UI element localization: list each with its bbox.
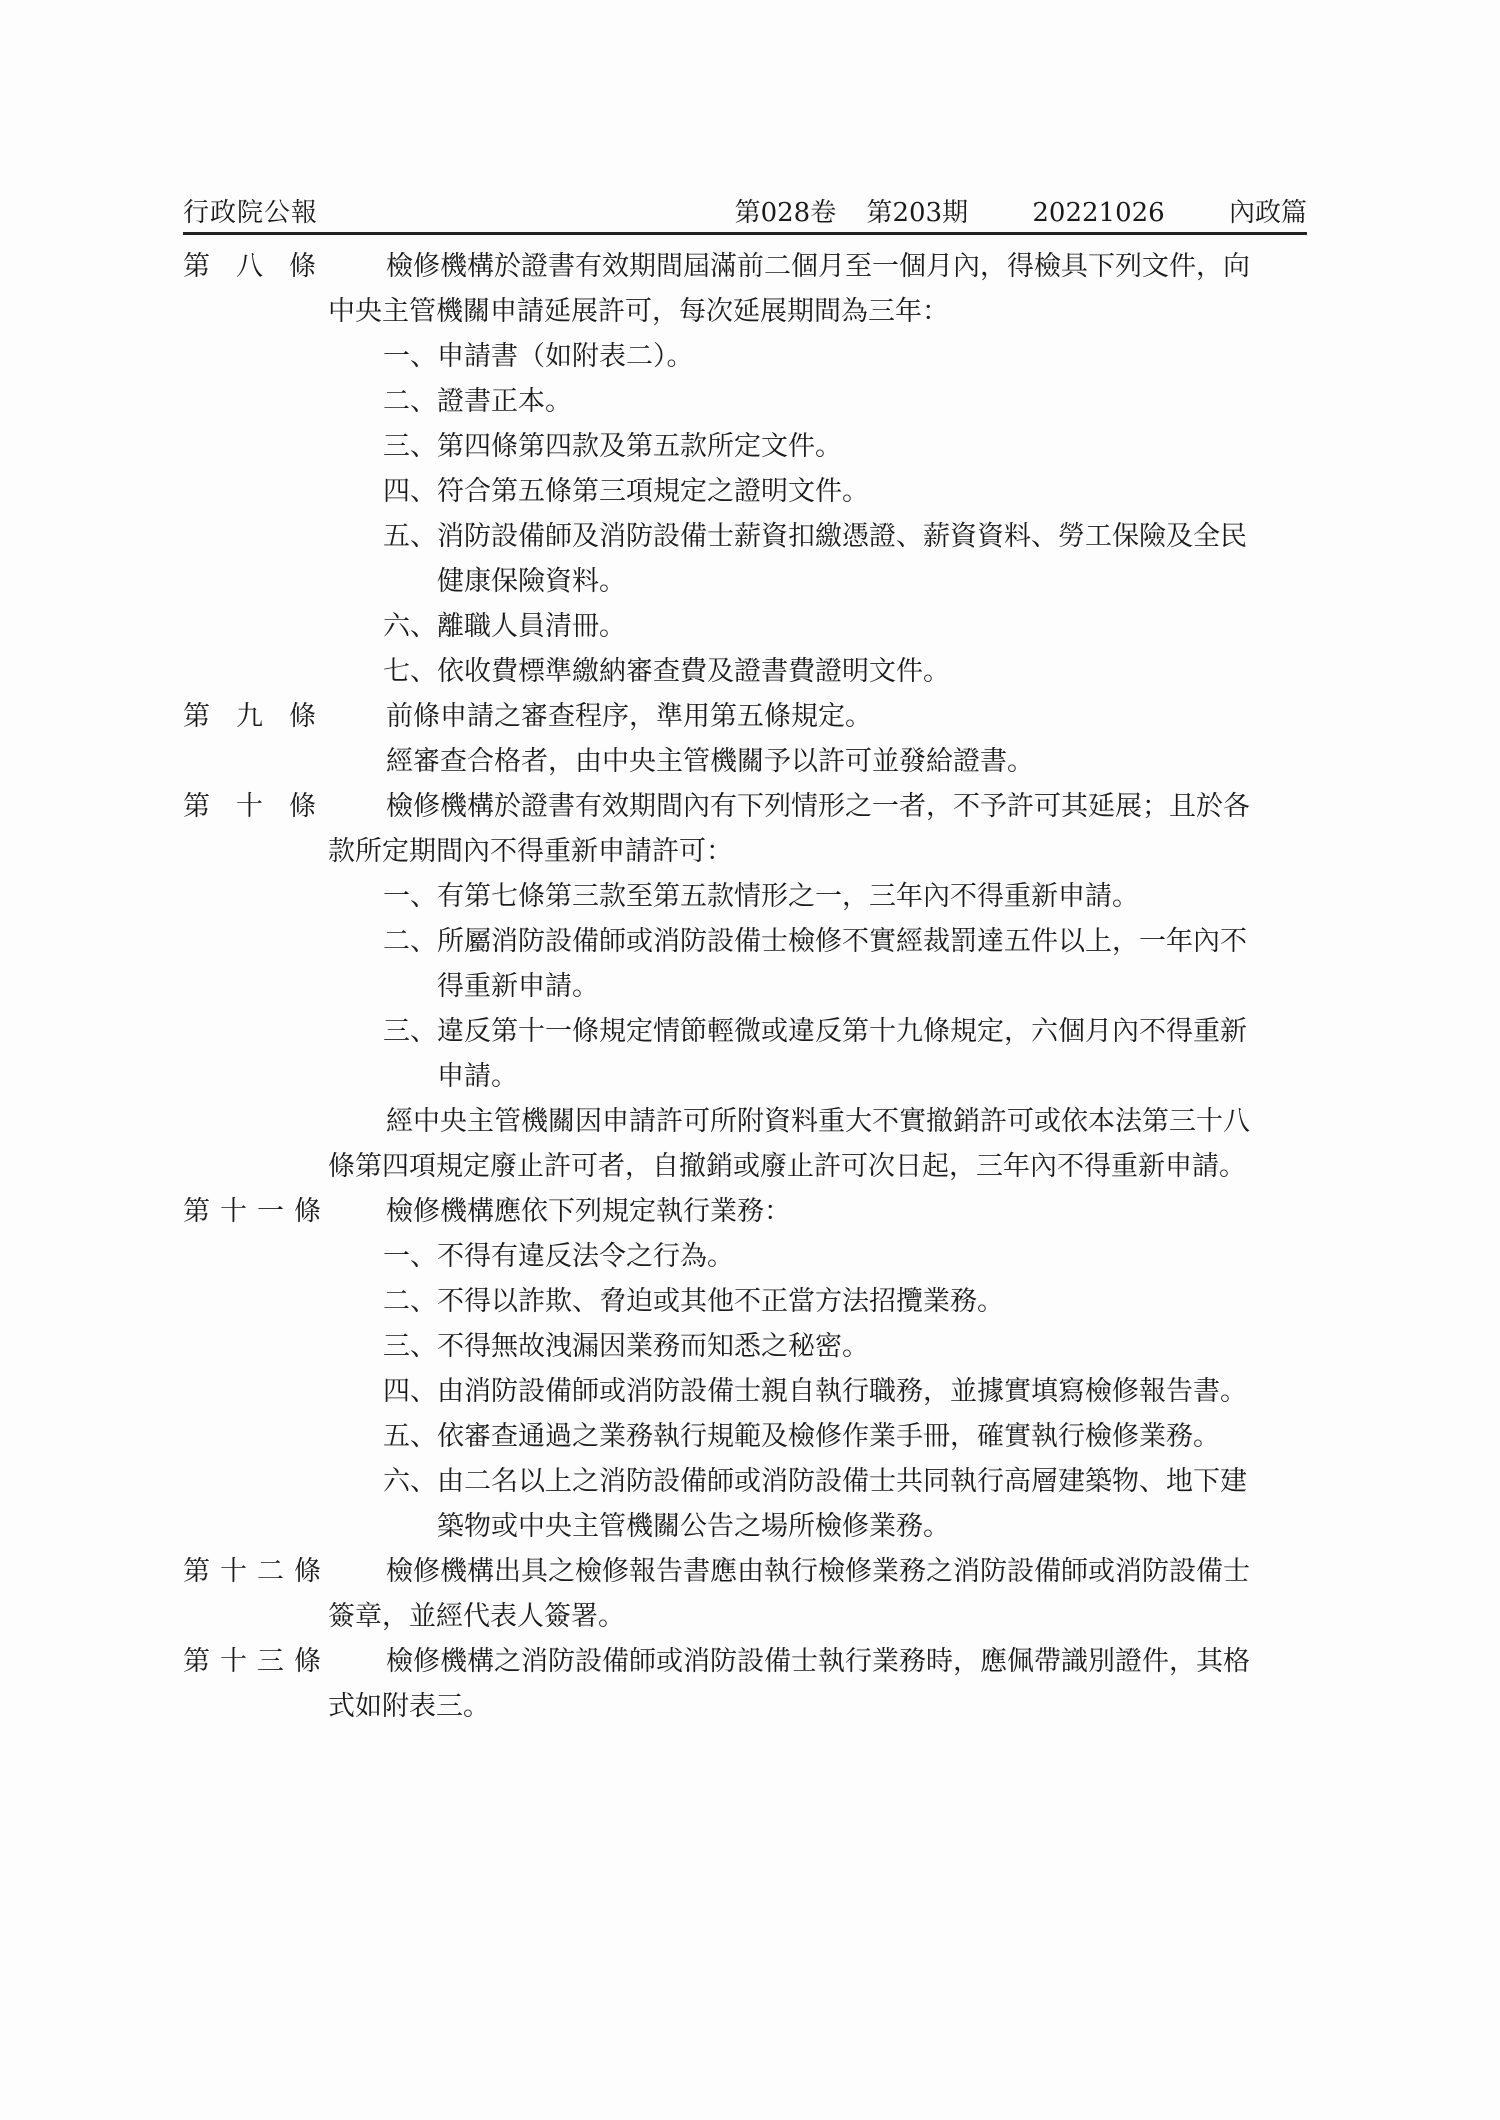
paragraph-text: 檢修機構應依下列規定執行業務： — [386, 1189, 791, 1234]
text-line: 五、消防設備師及消防設備士薪資扣繳憑證、薪資資料、勞工保險及全民 — [183, 514, 1313, 559]
paragraph-text: 檢修機構出具之檢修報告書應由執行檢修業務之消防設備師或消防設備士 — [386, 1549, 1250, 1594]
article: 第十二條檢修機構出具之檢修報告書應由執行檢修業務之消防設備師或消防設備士簽章，並… — [183, 1549, 1313, 1639]
text-line: 款所定期間內不得重新申請許可： — [183, 829, 1313, 874]
article: 第八條檢修機構於證書有效期間屆滿前二個月至一個月內，得檢具下列文件，向中央主管機… — [183, 244, 1313, 694]
paragraph-text: 條第四項規定廢止許可者，自撤銷或廢止許可次日起，三年內不得重新申請。 — [328, 1144, 1246, 1189]
document-body: 第八條檢修機構於證書有效期間屆滿前二個月至一個月內，得檢具下列文件，向中央主管機… — [183, 244, 1313, 1729]
list-item: 五、依審查通過之業務執行規範及檢修作業手冊，確實執行檢修業務。 — [383, 1414, 1220, 1459]
issue-info: 第028卷 第203期 20221026 內政篇 — [713, 196, 1307, 230]
text-line: 第九條前條申請之審查程序，準用第五條規定。 — [183, 694, 1313, 739]
article: 第十條檢修機構於證書有效期間內有下列情形之一者，不予許可其延展；且於各款所定期間… — [183, 784, 1313, 1189]
list-item: 二、證書正本。 — [383, 379, 572, 424]
article-label: 第十二條 — [183, 1549, 323, 1594]
text-line: 四、符合第五條第三項規定之證明文件。 — [183, 469, 1313, 514]
list-item: 六、離職人員清冊。 — [383, 604, 626, 649]
paragraph-text: 築物或中央主管機關公告之場所檢修業務。 — [437, 1504, 950, 1549]
section-name: 內政篇 — [1229, 198, 1307, 228]
text-line: 中央主管機關申請延展許可，每次延展期間為三年： — [183, 289, 1313, 334]
text-line: 第十條檢修機構於證書有效期間內有下列情形之一者，不予許可其延展；且於各 — [183, 784, 1313, 829]
paragraph-text: 檢修機構於證書有效期間屆滿前二個月至一個月內，得檢具下列文件，向 — [386, 244, 1250, 289]
article: 第九條前條申請之審查程序，準用第五條規定。經審查合格者，由中央主管機關予以許可並… — [183, 694, 1313, 784]
paragraph-text: 檢修機構於證書有效期間內有下列情形之一者，不予許可其延展；且於各 — [386, 784, 1250, 829]
text-line: 二、所屬消防設備師或消防設備士檢修不實經裁罰達五件以上，一年內不 — [183, 919, 1313, 964]
text-line: 三、不得無故洩漏因業務而知悉之秘密。 — [183, 1324, 1313, 1369]
list-item: 一、有第七條第三款至第五款情形之一，三年內不得重新申請。 — [383, 874, 1139, 919]
article: 第十三條檢修機構之消防設備師或消防設備士執行業務時，應佩帶識別證件，其格式如附表… — [183, 1639, 1313, 1729]
paragraph-text: 式如附表三。 — [328, 1684, 490, 1729]
text-line: 第十一條檢修機構應依下列規定執行業務： — [183, 1189, 1313, 1234]
list-item: 二、所屬消防設備師或消防設備士檢修不實經裁罰達五件以上，一年內不 — [383, 919, 1247, 964]
paragraph-text: 款所定期間內不得重新申請許可： — [328, 829, 733, 874]
text-line: 健康保險資料。 — [183, 559, 1313, 604]
article: 第十一條檢修機構應依下列規定執行業務：一、不得有違反法令之行為。二、不得以詐欺、… — [183, 1189, 1313, 1549]
text-line: 式如附表三。 — [183, 1684, 1313, 1729]
text-line: 一、不得有違反法令之行為。 — [183, 1234, 1313, 1279]
text-line: 六、離職人員清冊。 — [183, 604, 1313, 649]
text-line: 五、依審查通過之業務執行規範及檢修作業手冊，確實執行檢修業務。 — [183, 1414, 1313, 1459]
paragraph-text: 前條申請之審查程序，準用第五條規定。 — [386, 694, 872, 739]
text-line: 經審查合格者，由中央主管機關予以許可並發給證書。 — [183, 739, 1313, 784]
issue-date: 20221026 — [1032, 198, 1164, 228]
publication-title: 行政院公報 — [183, 196, 318, 230]
article-label: 第十一條 — [183, 1189, 323, 1234]
article-label: 第十條 — [183, 784, 323, 829]
text-line: 一、申請書（如附表二）。 — [183, 334, 1313, 379]
text-line: 申請。 — [183, 1054, 1313, 1099]
text-line: 第八條檢修機構於證書有效期間屆滿前二個月至一個月內，得檢具下列文件，向 — [183, 244, 1313, 289]
text-line: 第十三條檢修機構之消防設備師或消防設備士執行業務時，應佩帶識別證件，其格 — [183, 1639, 1313, 1684]
list-item: 三、不得無故洩漏因業務而知悉之秘密。 — [383, 1324, 869, 1369]
paragraph-text: 健康保險資料。 — [437, 559, 626, 604]
text-line: 簽章，並經代表人簽署。 — [183, 1594, 1313, 1639]
list-item: 一、不得有違反法令之行為。 — [383, 1234, 734, 1279]
paragraph-text: 檢修機構之消防設備師或消防設備士執行業務時，應佩帶識別證件，其格 — [386, 1639, 1250, 1684]
list-item: 三、違反第十一條規定情節輕微或違反第十九條規定，六個月內不得重新 — [383, 1009, 1247, 1054]
paragraph-text: 申請。 — [437, 1054, 518, 1099]
text-line: 二、證書正本。 — [183, 379, 1313, 424]
list-item: 四、符合第五條第三項規定之證明文件。 — [383, 469, 869, 514]
list-item: 三、第四條第四款及第五款所定文件。 — [383, 424, 842, 469]
volume: 第028卷 — [735, 198, 837, 228]
text-line: 六、由二名以上之消防設備師或消防設備士共同執行高層建築物、地下建 — [183, 1459, 1313, 1504]
article-label: 第十三條 — [183, 1639, 323, 1684]
article-label: 第九條 — [183, 694, 323, 739]
paragraph-text: 經中央主管機關因申請許可所附資料重大不實撤銷許可或依本法第三十八 — [386, 1099, 1250, 1144]
issue-number: 第203期 — [866, 198, 968, 228]
text-line: 第十二條檢修機構出具之檢修報告書應由執行檢修業務之消防設備師或消防設備士 — [183, 1549, 1313, 1594]
paragraph-text: 得重新申請。 — [437, 964, 599, 1009]
page-header: 行政院公報 第028卷 第203期 20221026 內政篇 — [183, 196, 1307, 235]
list-item: 一、申請書（如附表二）。 — [383, 334, 694, 379]
list-item: 七、依收費標準繳納審查費及證書費證明文件。 — [383, 649, 950, 694]
text-line: 得重新申請。 — [183, 964, 1313, 1009]
text-line: 條第四項規定廢止許可者，自撤銷或廢止許可次日起，三年內不得重新申請。 — [183, 1144, 1313, 1189]
text-line: 一、有第七條第三款至第五款情形之一，三年內不得重新申請。 — [183, 874, 1313, 919]
text-line: 四、由消防設備師或消防設備士親自執行職務，並據實填寫檢修報告書。 — [183, 1369, 1313, 1414]
text-line: 三、第四條第四款及第五款所定文件。 — [183, 424, 1313, 469]
paragraph-text: 經審查合格者，由中央主管機關予以許可並發給證書。 — [386, 739, 1034, 784]
text-line: 築物或中央主管機關公告之場所檢修業務。 — [183, 1504, 1313, 1549]
list-item: 六、由二名以上之消防設備師或消防設備士共同執行高層建築物、地下建 — [383, 1459, 1247, 1504]
list-item: 二、不得以詐欺、脅迫或其他不正當方法招攬業務。 — [383, 1279, 1004, 1324]
text-line: 二、不得以詐欺、脅迫或其他不正當方法招攬業務。 — [183, 1279, 1313, 1324]
list-item: 四、由消防設備師或消防設備士親自執行職務，並據實填寫檢修報告書。 — [383, 1369, 1247, 1414]
list-item: 五、消防設備師及消防設備士薪資扣繳憑證、薪資資料、勞工保險及全民 — [383, 514, 1247, 559]
text-line: 三、違反第十一條規定情節輕微或違反第十九條規定，六個月內不得重新 — [183, 1009, 1313, 1054]
text-line: 經中央主管機關因申請許可所附資料重大不實撤銷許可或依本法第三十八 — [183, 1099, 1313, 1144]
article-label: 第八條 — [183, 244, 323, 289]
paragraph-text: 簽章，並經代表人簽署。 — [328, 1594, 625, 1639]
text-line: 七、依收費標準繳納審查費及證書費證明文件。 — [183, 649, 1313, 694]
paragraph-text: 中央主管機關申請延展許可，每次延展期間為三年： — [328, 289, 949, 334]
